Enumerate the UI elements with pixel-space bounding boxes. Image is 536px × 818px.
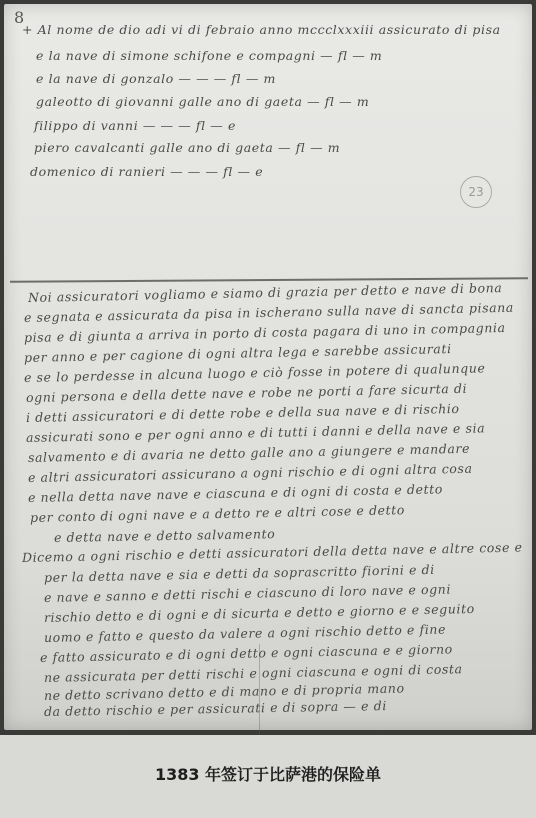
page-crease — [259, 644, 260, 734]
manuscript-line: uomo e fatto e questo da valere a ogni r… — [44, 622, 446, 645]
manuscript-line: e detta nave e detto salvamento — [54, 526, 276, 545]
manuscript-line: per la detta nave e sia e detti da sopra… — [44, 562, 435, 585]
manuscript-line: filippo di vanni — — — fl — e — [34, 118, 236, 133]
manuscript-line: e fatto assicurato e di ogni detto e ogn… — [40, 641, 453, 665]
manuscript-line: e nave e sanno e detti rischi e ciascuno… — [44, 581, 451, 605]
archive-stamp: 23 — [460, 176, 492, 208]
manuscript-line: piero cavalcanti galle ano di gaeta — fl… — [34, 140, 340, 155]
manuscript-page: 8 23 + Al nome de dio adi vi di febraio … — [4, 4, 532, 730]
manuscript-line: + Al nome de dio adi vi di febraio anno … — [22, 22, 501, 37]
manuscript-line: per conto di ogni nave e a detto re e al… — [30, 502, 405, 525]
manuscript-line: galeotto di giovanni galle ano di gaeta … — [36, 94, 369, 109]
manuscript-line: e la nave di simone schifone e compagni … — [36, 48, 382, 63]
manuscript-line: e la nave di gonzalo — — — fl — m — [36, 71, 276, 86]
manuscript-line: domenico di ranieri — — — fl — e — [30, 164, 263, 179]
manuscript-line: e nella detta nave nave e ciascuna e di … — [28, 481, 443, 505]
document-photograph: 8 23 + Al nome de dio adi vi di febraio … — [0, 0, 536, 735]
figure-caption: 1383 年签订于比萨港的保险单 — [0, 762, 536, 785]
archive-stamp-number: 23 — [468, 185, 483, 199]
